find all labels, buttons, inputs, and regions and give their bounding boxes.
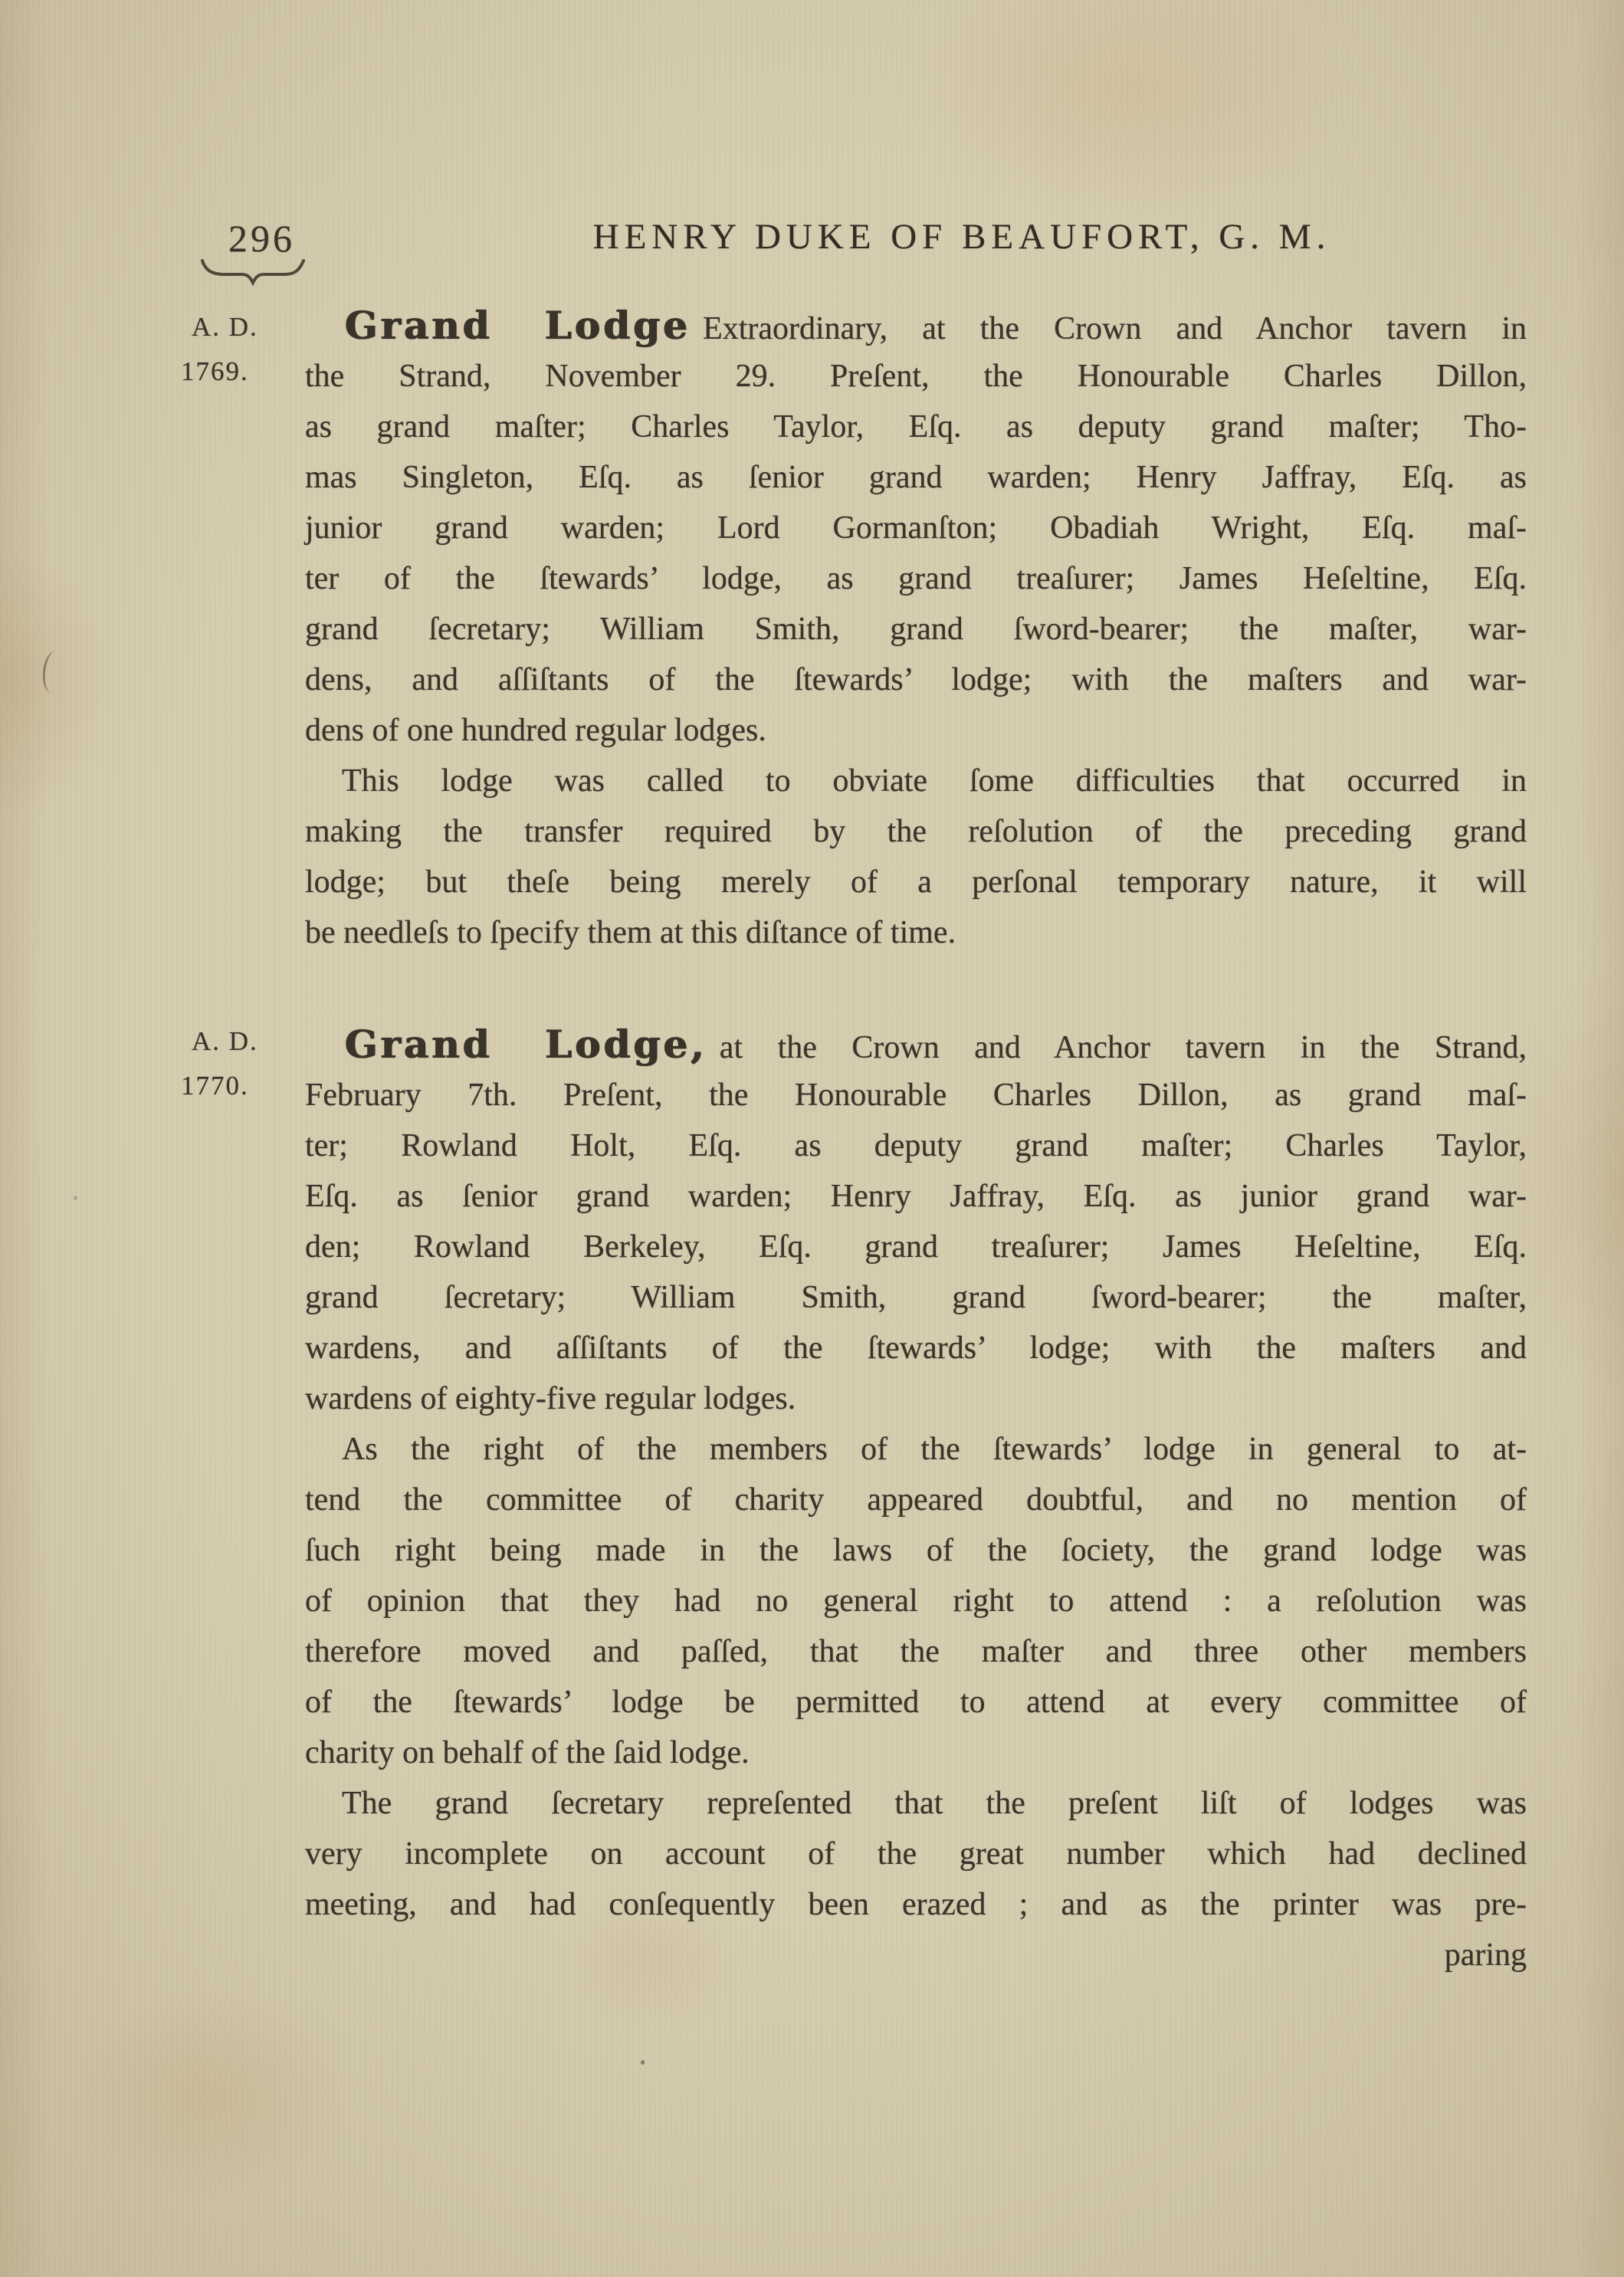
text-run: Extraordinary, at the Crown and Anchor t… bbox=[703, 311, 1527, 346]
text-line: mas Singleton, Eſq. as ſenior grand ward… bbox=[305, 452, 1527, 503]
text-line: of the ſtewards’ lodge be permitted to a… bbox=[305, 1677, 1527, 1727]
margin-note-1770: A. D. 1770. bbox=[181, 1019, 303, 1108]
margin-note-year: 1770. bbox=[181, 1064, 303, 1108]
text-line: as grand maſter; Charles Taylor, Eſq. as… bbox=[305, 402, 1527, 452]
text-line: junior grand warden; Lord Gormanſton; Ob… bbox=[305, 503, 1527, 553]
blackletter-lead: Grand Lodge, bbox=[305, 1022, 707, 1067]
running-header: HENRY DUKE OF BEAUFORT, G. M. bbox=[498, 216, 1426, 258]
text-line: charity on behalf of the ſaid lodge. bbox=[305, 1727, 1527, 1778]
text-line: February 7th. Preſent, the Honourable Ch… bbox=[305, 1070, 1527, 1120]
scan-artifact-mark bbox=[41, 651, 65, 694]
text-line: dens of one hundred regular lodges. bbox=[305, 705, 1527, 756]
text-line: meeting, and had conſequently been eraze… bbox=[305, 1879, 1527, 1930]
blackletter-lead: Grand Lodge bbox=[305, 303, 691, 348]
catchword: paring bbox=[305, 1930, 1527, 1980]
margin-note-era: A. D. bbox=[181, 1019, 303, 1064]
text-line: lodge; but theſe being merely of a perſo… bbox=[305, 857, 1527, 907]
text-line: wardens, and aſſiſtants of the ſtewards’… bbox=[305, 1323, 1527, 1373]
text-line: tend the committee of charity appeared d… bbox=[305, 1475, 1527, 1525]
page-number: 296 bbox=[228, 216, 295, 261]
text-line: ter of the ſtewards’ lodge, as grand tre… bbox=[305, 553, 1527, 604]
text-line: This lodge was called to obviate ſome di… bbox=[305, 756, 1527, 806]
text-line: As the right of the members of the ſtewa… bbox=[305, 1424, 1527, 1475]
book-page-scan: 296 HENRY DUKE OF BEAUFORT, G. M. A. D. … bbox=[0, 0, 1624, 2277]
text-run: at the Crown and Anchor tavern in the St… bbox=[720, 1030, 1527, 1065]
text-line: grand ſecretary; William Smith, grand ſw… bbox=[305, 1272, 1527, 1323]
text-line: therefore moved and paſſed, that the maſ… bbox=[305, 1626, 1527, 1677]
text-line: ſuch right being made in the laws of the… bbox=[305, 1525, 1527, 1576]
ink-speck bbox=[74, 1196, 77, 1200]
text-line: the Strand, November 29. Preſent, the Ho… bbox=[305, 351, 1527, 402]
text-line: be needleſs to ſpecify them at this diſt… bbox=[305, 907, 1527, 958]
text-line: dens, and aſſiſtants of the ſtewards’ lo… bbox=[305, 655, 1527, 705]
text-line: Grand Lodge,at the Crown and Anchor tave… bbox=[305, 1019, 1527, 1070]
text-line: making the transfer required by the reſo… bbox=[305, 806, 1527, 857]
text-line: of opinion that they had no general righ… bbox=[305, 1576, 1527, 1626]
text-line: Grand LodgeExtraordinary, at the Crown a… bbox=[305, 300, 1527, 351]
text-line: grand ſecretary; William Smith, grand ſw… bbox=[305, 604, 1527, 655]
text-line: The grand ſecretary repreſented that the… bbox=[305, 1778, 1527, 1829]
text-line: very incomplete on account of the great … bbox=[305, 1829, 1527, 1879]
page-number-brace bbox=[199, 256, 307, 287]
ink-speck bbox=[641, 2060, 645, 2065]
text-line: wardens of eighty-five regular lodges. bbox=[305, 1373, 1527, 1424]
margin-note-1769: A. D. 1769. bbox=[181, 305, 303, 394]
margin-note-era: A. D. bbox=[181, 305, 303, 349]
text-line: den; Rowland Berkeley, Eſq. grand treaſu… bbox=[305, 1222, 1527, 1272]
section-1769: Grand LodgeExtraordinary, at the Crown a… bbox=[305, 300, 1527, 958]
text-line: ter; Rowland Holt, Eſq. as deputy grand … bbox=[305, 1120, 1527, 1171]
text-line: Eſq. as ſenior grand warden; Henry Jaffr… bbox=[305, 1171, 1527, 1222]
margin-note-year: 1769. bbox=[181, 349, 303, 394]
section-1770: Grand Lodge,at the Crown and Anchor tave… bbox=[305, 1019, 1527, 1980]
